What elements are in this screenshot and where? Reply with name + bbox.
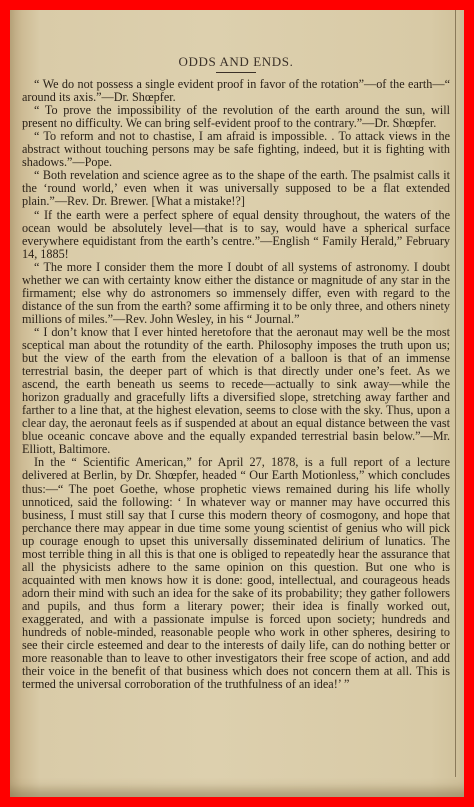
article-body: ODDS AND ENDS. “ We do not possess a sin… <box>22 55 450 691</box>
title-divider <box>216 72 256 73</box>
column-rule <box>455 10 456 777</box>
paragraph: In the “ Scientific American,” for April… <box>22 456 450 691</box>
paragraph: “ Both revelation and science agree as t… <box>22 169 450 208</box>
article-title: ODDS AND ENDS. <box>22 55 450 68</box>
scanned-page: ODDS AND ENDS. “ We do not possess a sin… <box>10 10 464 797</box>
paragraph: “ I don’t know that I ever hinted hereto… <box>22 326 450 456</box>
paragraph: “ If the earth were a perfect sphere of … <box>22 209 450 261</box>
paragraph: “ To reform and not to chastise, I am af… <box>22 130 450 169</box>
paragraph: “ To prove the impossibility of the revo… <box>22 104 450 130</box>
paragraph: “ We do not possess a single evident pro… <box>22 78 450 104</box>
paragraph: “ The more I consider them the more I do… <box>22 261 450 326</box>
